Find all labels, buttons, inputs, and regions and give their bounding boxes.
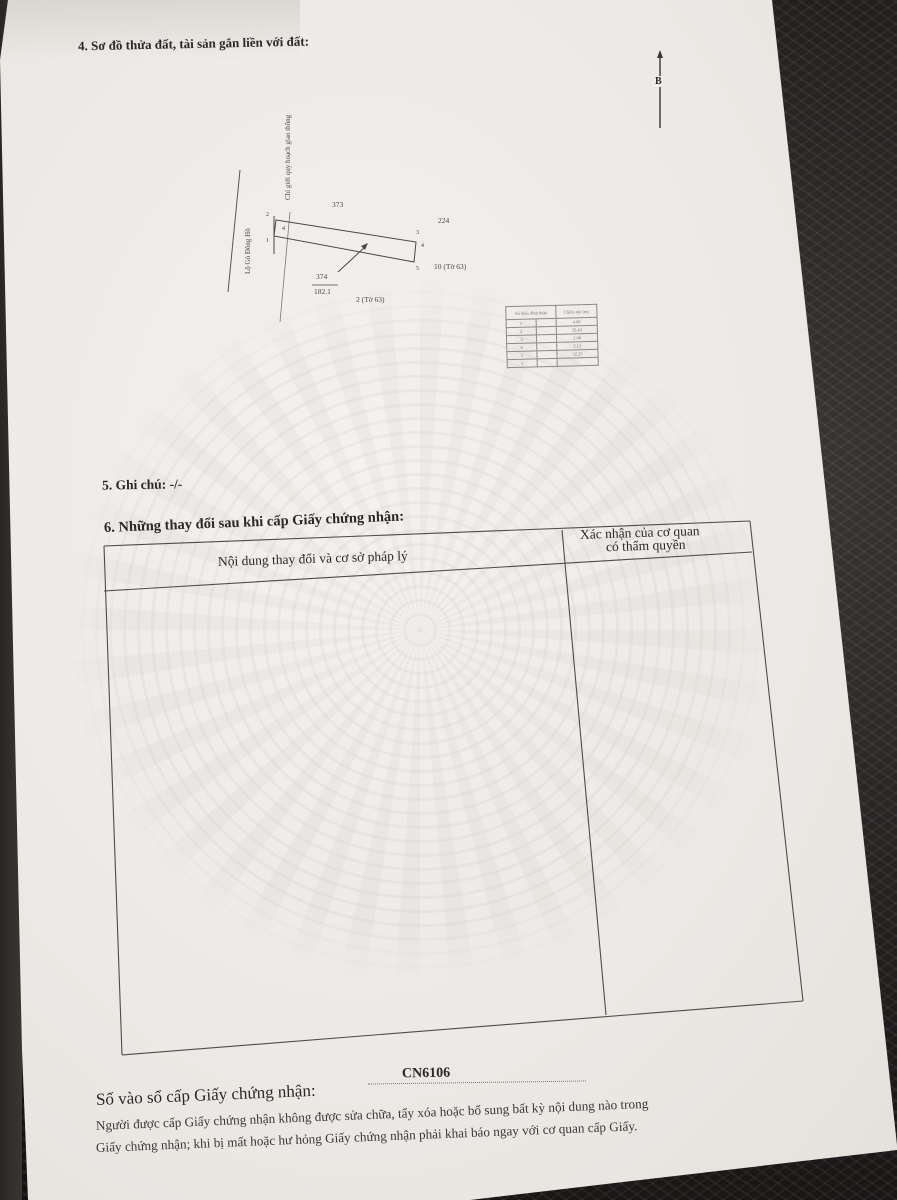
column-header-authority-line2: có thẩm quyền (606, 537, 686, 555)
certificate-page: 4. Sơ đồ thửa đất, tài sản gắn liền với … (0, 0, 897, 1200)
changes-table (0, 0, 897, 1200)
registry-number: CN6106 (402, 1066, 451, 1083)
